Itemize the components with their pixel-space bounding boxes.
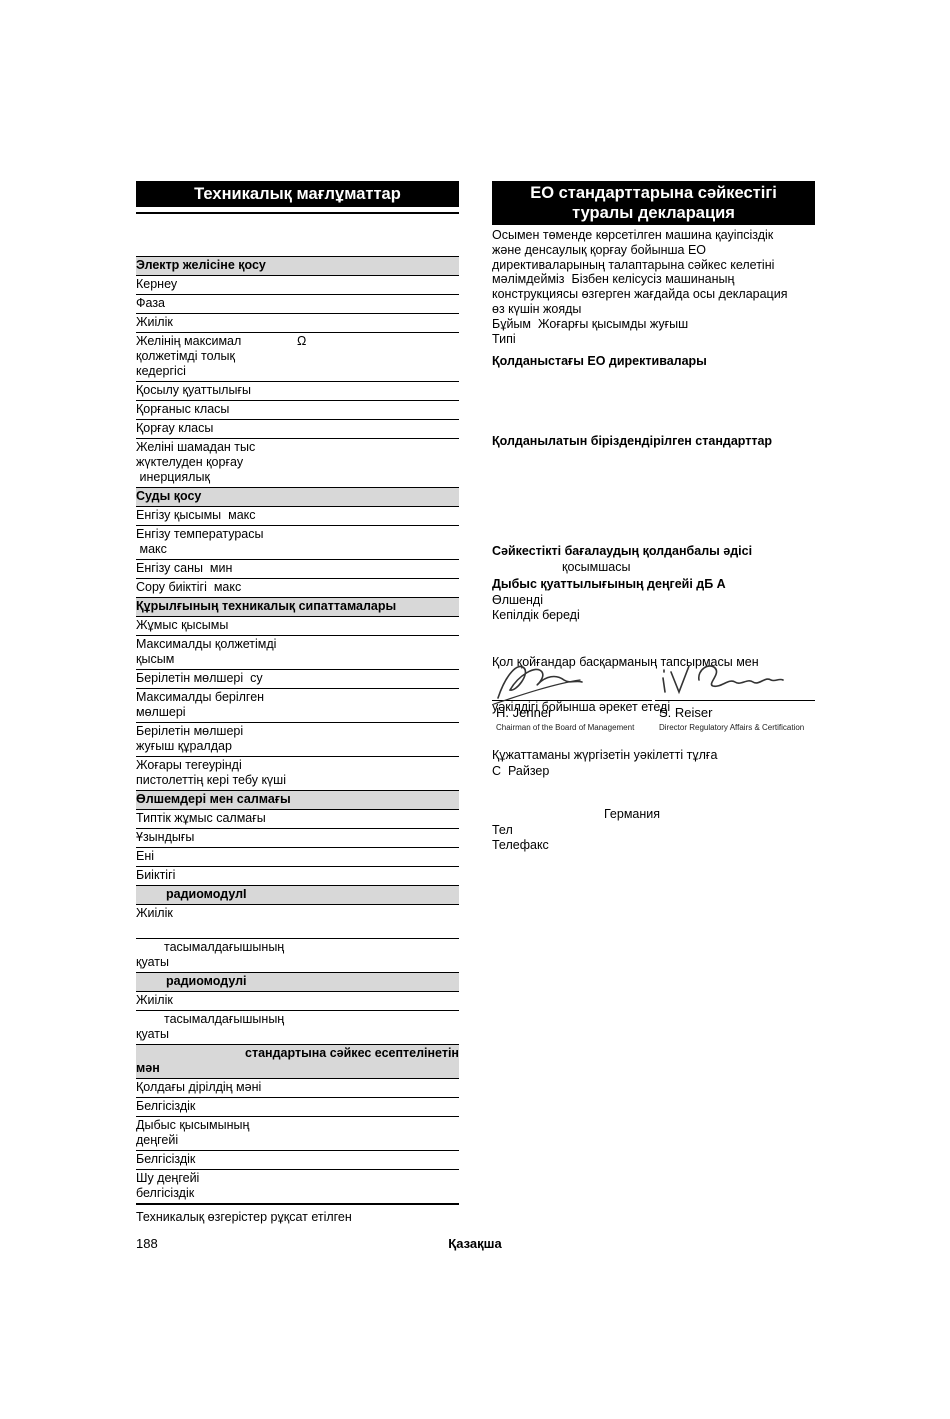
table-row: Дыбыс қысымыныңдеңгейі bbox=[136, 1117, 459, 1151]
table-row: Желінің максималқолжетімді толықкедергіс… bbox=[136, 333, 459, 382]
table-row: Максималды берілгенмөлшері bbox=[136, 689, 459, 723]
footer-language: Қазақша bbox=[0, 1236, 950, 1251]
table-row-label: Белгісіздік bbox=[136, 1099, 459, 1114]
table-row-label: Жоғары тегеуріндіпистолеттің кері тебу к… bbox=[136, 758, 459, 788]
table-section-header: Құрылғының техникалық сипаттамалары bbox=[136, 598, 459, 617]
table-row: Ені bbox=[136, 848, 459, 867]
signer-right-name: S. Reiser bbox=[655, 705, 815, 720]
table-row-label: Дыбыс қысымыныңдеңгейі bbox=[136, 1118, 459, 1148]
table-row-label: Максималды қолжетімдіқысым bbox=[136, 637, 459, 667]
tech-table: Электр желісіне қосуКернеуФазаЖиілікЖелі… bbox=[136, 256, 459, 1205]
table-row-label: Ені bbox=[136, 849, 459, 864]
documentation-person: С Райзер bbox=[492, 764, 815, 779]
measured-line: Өлшенді bbox=[492, 593, 815, 608]
signer-right-title: Director Regulatory Affairs & Certificat… bbox=[655, 723, 815, 732]
table-section-header: Суды қосу bbox=[136, 488, 459, 507]
changes-reserved-note: Техникалық өзгерістер рұқсат етілген bbox=[136, 1210, 459, 1224]
table-section-header: радиомодулі bbox=[136, 973, 459, 992]
signer-left-name: H. Jenner bbox=[492, 705, 652, 720]
fax-line: Телефакс bbox=[492, 838, 815, 853]
table-section-header: Электр желісіне қосу bbox=[136, 257, 459, 276]
title-rule bbox=[136, 212, 459, 214]
table-row: Фаза bbox=[136, 295, 459, 314]
technical-data-title: Техникалық мағлұматтар bbox=[136, 181, 459, 207]
declaration-title-line1: ЕО стандарттарына сәйкестігі bbox=[492, 183, 815, 203]
annex-line: қосымшасы bbox=[492, 560, 885, 575]
directives-heading: Қолданыстағы ЕО директивалары bbox=[492, 354, 815, 369]
signer-left-block: H. Jenner Chairman of the Board of Manag… bbox=[492, 658, 652, 732]
table-row-label: Енгізу температурасы макс bbox=[136, 527, 459, 557]
table-row-label: Берілетін мөлшері су bbox=[136, 671, 459, 686]
paragraph-line: өз күшін жояды bbox=[492, 302, 815, 317]
table-row-label: Шу деңгейібелгісіздік bbox=[136, 1171, 459, 1201]
table-row-label: Максималды берілгенмөлшері bbox=[136, 690, 459, 720]
paragraph-line: конструкциясы өзгерген жағдайда осы декл… bbox=[492, 287, 815, 302]
country-line: Германия bbox=[492, 807, 927, 822]
table-row: Белгісіздік bbox=[136, 1151, 459, 1170]
table-row: тасымалдағышыныңқуаты bbox=[136, 1011, 459, 1045]
table-row-label: Биіктігі bbox=[136, 868, 459, 883]
table-row-label: Желіні шамадан тысжүктелуден қорғау инер… bbox=[136, 440, 459, 485]
table-row: Желіні шамадан тысжүктелуден қорғау инер… bbox=[136, 439, 459, 488]
conformity-heading: Сәйкестікті бағалаудың қолданбалы әдісі bbox=[492, 544, 815, 559]
sound-power-heading: Дыбыс қуаттылығының деңгейі дБ А bbox=[492, 577, 815, 592]
table-row: Берілетін мөлшері су bbox=[136, 670, 459, 689]
table-row: Енгізу температурасы макс bbox=[136, 526, 459, 560]
type-line: Типі bbox=[492, 332, 815, 347]
product-line: Бұйым Жоғарғы қысымды жуғыш bbox=[492, 317, 815, 332]
paragraph-line: Осымен төменде көрсетілген машина қауіпс… bbox=[492, 228, 815, 243]
signer-right-block: S. Reiser Director Regulatory Affairs & … bbox=[655, 658, 815, 732]
signature-left bbox=[492, 658, 652, 701]
table-row: Жоғары тегеуріндіпистолеттің кері тебу к… bbox=[136, 757, 459, 791]
table-section-header: радиомодулІ bbox=[136, 886, 459, 905]
table-row-label: Жиілік bbox=[136, 993, 459, 1008]
signature-left-icon bbox=[492, 654, 612, 706]
table-row: Жиілік bbox=[136, 905, 459, 939]
declaration-title-line2: туралы декларация bbox=[492, 203, 815, 223]
technical-data-column: Техникалық мағлұматтар Электр желісіне қ… bbox=[136, 181, 459, 1224]
documentation-line: Құжаттаманы жүргізетін уәкілетті тұлға bbox=[492, 748, 815, 763]
table-row: Енгізу саны мин bbox=[136, 560, 459, 579]
table-row: Қолдағы дірілдің мәні bbox=[136, 1079, 459, 1098]
table-row-label: Берілетін мөлшеріжуғыш құралдар bbox=[136, 724, 459, 754]
table-row-label: Қорғаныс класы bbox=[136, 402, 459, 417]
table-row-label: Енгізу қысымы макс bbox=[136, 508, 459, 523]
table-row-label: Қосылу қуаттылығы bbox=[136, 383, 459, 398]
table-row-label: Жиілік bbox=[136, 906, 459, 936]
table-row: Қосылу қуаттылығы bbox=[136, 382, 459, 401]
guaranteed-line: Кепілдік береді bbox=[492, 608, 815, 623]
table-row-label: Фаза bbox=[136, 296, 459, 311]
table-section-header: Өлшемдері мен салмағы bbox=[136, 791, 459, 810]
table-row-label: Белгісіздік bbox=[136, 1152, 459, 1167]
table-row: Ұзындығы bbox=[136, 829, 459, 848]
table-row: Кернеу bbox=[136, 276, 459, 295]
table-row-label: Жиілік bbox=[136, 315, 459, 330]
table-row-label: Типтік жұмыс салмағы bbox=[136, 811, 459, 826]
declaration-title: ЕО стандарттарына сәйкестігі туралы декл… bbox=[492, 181, 815, 225]
table-row-label: Қорғау класы bbox=[136, 421, 459, 436]
table-row: Сору биіктігі макс bbox=[136, 579, 459, 598]
table-row: Максималды қолжетімдіқысым bbox=[136, 636, 459, 670]
table-row-label: Кернеу bbox=[136, 277, 459, 292]
declaration-paragraph: Осымен төменде көрсетілген машина қауіпс… bbox=[492, 228, 815, 317]
table-row: Енгізу қысымы макс bbox=[136, 507, 459, 526]
table-row: Шу деңгейібелгісіздік bbox=[136, 1170, 459, 1205]
signer-left-title: Chairman of the Board of Management bbox=[492, 723, 652, 732]
table-row-label: Енгізу саны мин bbox=[136, 561, 459, 576]
table-row-label: Қолдағы дірілдің мәні bbox=[136, 1080, 459, 1095]
table-row-value: Ω bbox=[297, 334, 306, 349]
paragraph-line: директиваларының талаптарына сәйкес келе… bbox=[492, 258, 815, 273]
manual-page: Техникалық мағлұматтар Электр желісіне қ… bbox=[0, 0, 950, 1419]
table-row-label: тасымалдағышыныңқуаты bbox=[136, 940, 459, 970]
table-section-header: стандартына сәйкес есептелінетінмән bbox=[136, 1045, 459, 1079]
table-row: Биіктігі bbox=[136, 867, 459, 886]
signature-right bbox=[655, 658, 815, 701]
table-row: Типтік жұмыс салмағы bbox=[136, 810, 459, 829]
table-row-label: Жұмыс қысымы bbox=[136, 618, 459, 633]
table-row-label: Ұзындығы bbox=[136, 830, 459, 845]
table-row: Жұмыс қысымы bbox=[136, 617, 459, 636]
table-row: Белгісіздік bbox=[136, 1098, 459, 1117]
tel-line: Тел bbox=[492, 823, 815, 838]
table-row: Берілетін мөлшеріжуғыш құралдар bbox=[136, 723, 459, 757]
table-row: Қорғаныс класы bbox=[136, 401, 459, 420]
paragraph-line: және денсаулық қорғау бойынша ЕО bbox=[492, 243, 815, 258]
paragraph-line: мәлімдейміз Бізбен келісусіз машинаның bbox=[492, 272, 815, 287]
table-row: Жиілік bbox=[136, 992, 459, 1011]
table-row: Қорғау класы bbox=[136, 420, 459, 439]
table-row: тасымалдағышыныңқуаты bbox=[136, 939, 459, 973]
table-row-label: Сору биіктігі макс bbox=[136, 580, 459, 595]
standards-heading: Қолданылатын біріздендірілген стандартта… bbox=[492, 434, 815, 449]
signature-right-icon bbox=[655, 654, 790, 706]
table-row: Жиілік bbox=[136, 314, 459, 333]
table-row-label: тасымалдағышыныңқуаты bbox=[136, 1012, 459, 1042]
